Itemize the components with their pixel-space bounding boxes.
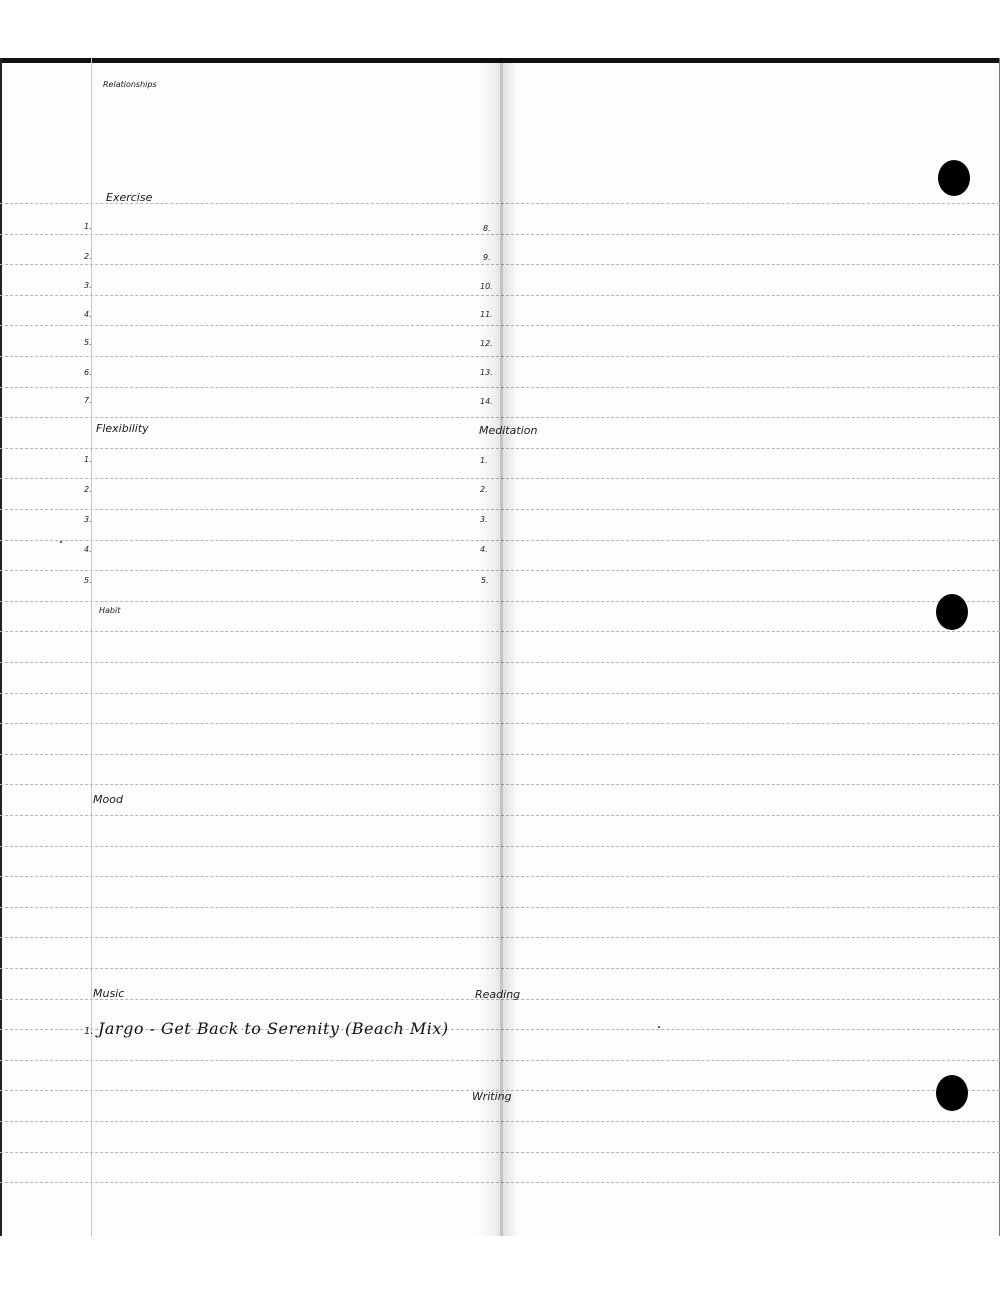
heading-habit: Habit (99, 606, 120, 615)
meditation-number: 3. (480, 515, 488, 524)
flexibility-number: 2. (84, 485, 92, 494)
exercise-number: 2. (84, 252, 92, 261)
flexibility-number: 5. (84, 576, 92, 585)
exercise-number: 5. (84, 338, 92, 347)
punch-hole-middle (936, 594, 968, 630)
heading-exercise: Exercise (106, 191, 152, 204)
exercise-number: 1. (84, 222, 92, 231)
page-fold-crease (500, 58, 503, 1236)
meditation-number: 2. (480, 485, 488, 494)
exercise-number: 3. (84, 281, 92, 290)
exercise-number: 11. (480, 310, 493, 319)
heading-meditation: Meditation (479, 424, 537, 437)
exercise-number: 7. (84, 396, 92, 405)
stray-mark (60, 541, 62, 543)
heading-relationships: Relationships (103, 80, 157, 89)
heading-flexibility: Flexibility (96, 422, 149, 435)
heading-music: Music (93, 987, 124, 1000)
page-fold-shadow (478, 58, 518, 1236)
stray-mark (658, 1026, 660, 1028)
flexibility-number: 4. (84, 545, 92, 554)
exercise-number: 12. (480, 339, 493, 348)
music-entry-number: 1. (84, 1026, 94, 1037)
music-entry-text: Jargo - Get Back to Serenity (Beach Mix) (98, 1019, 449, 1038)
exercise-number: 10. (480, 282, 493, 291)
heading-reading: Reading (475, 988, 520, 1001)
heading-mood: Mood (93, 793, 123, 806)
exercise-number: 8. (483, 224, 491, 233)
meditation-number: 1. (480, 456, 488, 465)
exercise-number: 6. (84, 368, 92, 377)
punch-hole-bottom (936, 1075, 968, 1111)
notebook-page: Relationships Exercise 1. 2. 3. 4. 5. 6.… (0, 58, 1000, 1236)
heading-writing: Writing (472, 1090, 512, 1103)
flexibility-number: 3. (84, 515, 92, 524)
margin-line (91, 58, 92, 1236)
exercise-number: 13. (480, 368, 493, 377)
exercise-number: 9. (483, 253, 491, 262)
exercise-number: 14. (480, 397, 493, 406)
flexibility-number: 1. (84, 455, 92, 464)
exercise-number: 4. (84, 310, 92, 319)
meditation-number: 4. (480, 545, 488, 554)
punch-hole-top (938, 160, 970, 196)
meditation-number: 5. (481, 576, 489, 585)
